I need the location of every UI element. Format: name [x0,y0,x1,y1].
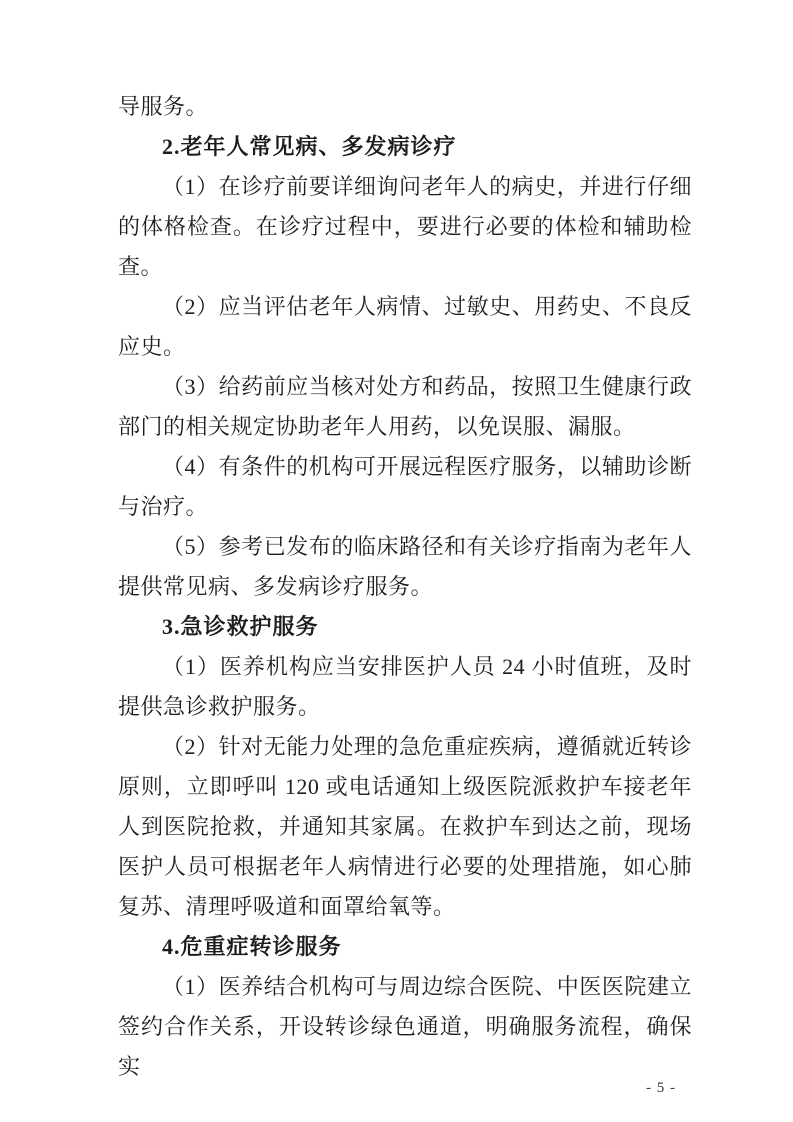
paragraph: （2）针对无能力处理的急危重症疾病，遵循就近转诊原则，立即呼叫 120 或电话通… [118,727,692,927]
section-heading: 4.危重症转诊服务 [118,927,692,967]
paragraph: （3）给药前应当核对处方和药品，按照卫生健康行政部门的相关规定协助老年人用药，以… [118,367,692,447]
paragraph: （1）在诊疗前要详细询问老年人的病史，并进行仔细的体格检查。在诊疗过程中，要进行… [118,167,692,287]
section-heading: 2.老年人常见病、多发病诊疗 [118,127,692,167]
document-body: 导服务。 2.老年人常见病、多发病诊疗 （1）在诊疗前要详细询问老年人的病史，并… [118,87,692,1087]
paragraph: （5）参考已发布的临床路径和有关诊疗指南为老年人提供常见病、多发病诊疗服务。 [118,527,692,607]
paragraph: （2）应当评估老年人病情、过敏史、用药史、不良反应史。 [118,287,692,367]
document-page: 导服务。 2.老年人常见病、多发病诊疗 （1）在诊疗前要详细询问老年人的病史，并… [0,0,793,1122]
page-number: - 5 - [646,1080,676,1097]
paragraph: （1）医养机构应当安排医护人员 24 小时值班，及时提供急诊救护服务。 [118,647,692,727]
continuation-paragraph: 导服务。 [118,87,692,127]
section-heading: 3.急诊救护服务 [118,607,692,647]
paragraph: （4）有条件的机构可开展远程医疗服务，以辅助诊断与治疗。 [118,447,692,527]
paragraph: （1）医养结合机构可与周边综合医院、中医医院建立签约合作关系，开设转诊绿色通道，… [118,967,692,1087]
